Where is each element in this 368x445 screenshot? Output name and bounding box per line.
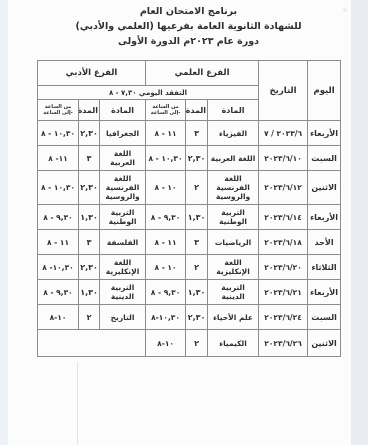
cell-lit-time: ١٠,٣٠- ٨ — [38, 255, 79, 280]
exam-schedule-table: اليوم التاريخ الفرع العلمي الفرع الأدبي … — [37, 60, 341, 357]
header-daily-check: التفقد اليومي ٧,٣٠ - ٨ — [38, 86, 259, 100]
cell-lit-duration: ٢,٣٠ — [79, 171, 100, 205]
cell-lit-duration: ١,٣٠ — [79, 280, 100, 305]
header-literary-branch: الفرع الأدبي — [38, 61, 146, 86]
cell-sci-time: ١١ - ٨ — [146, 121, 186, 146]
cell-lit-time: ١٠,٣٠ - ٨ — [38, 171, 79, 205]
cell-sci-time: ١٠-٨ — [146, 330, 186, 357]
cell-sci-time: ١١ - ٨ — [146, 230, 186, 255]
cell-sci-duration: ٢,٣٠ — [186, 305, 208, 330]
header-sci-time: من الساعة -إلى الساعة — [146, 100, 186, 121]
cell-sci-subject: اللغة الفرنسية والروسية — [208, 171, 259, 205]
cell-sci-time: ١٠,٣٠ - ٨ — [146, 146, 186, 171]
empty-literary-cell — [38, 330, 146, 357]
cell-sci-duration: ١,٣٠ — [186, 205, 208, 230]
cell-date: ٢٠٢٣/٦/١٤ — [259, 205, 308, 230]
document-title: برنامج الامتحان العام للشهادة الثانوية ا… — [37, 4, 340, 49]
cell-day: الاثنين — [308, 330, 341, 357]
table-row: الاثنين ٢٠٢٣/٦/٢٦ الكيمياء ٢ ١٠-٨ — [38, 330, 341, 357]
header-lit-subject: المادة — [100, 100, 146, 121]
cell-sci-duration: ٢ — [186, 255, 208, 280]
cell-sci-subject: علم الأحياء — [208, 305, 259, 330]
cell-lit-time: ١١- ٨ — [38, 146, 79, 171]
cell-day: السبت — [308, 146, 341, 171]
cell-lit-time: ١١ - ٨ — [38, 230, 79, 255]
cell-date: ٢٠٢٣/٦/٢١ — [259, 280, 308, 305]
cell-date: ٢٠٢٣/٦/١٨ — [259, 230, 308, 255]
scan-smudge: × — [342, 8, 348, 13]
cell-sci-time: ٩,٣٠ - ٨ — [146, 280, 186, 305]
cell-day: الأربعاء — [308, 121, 341, 146]
cell-sci-subject: الفيزياء — [208, 121, 259, 146]
title-line-3: دورة عام ٢٠٢٣م الدورة الأولى — [37, 34, 340, 49]
cell-sci-subject: اللغة الإنكليزية — [208, 255, 259, 280]
table-row: الأحد ٢٠٢٣/٦/١٨ الرياضيات ٣ ١١ - ٨ الفلس… — [38, 230, 341, 255]
cell-sci-subject: الكيمياء — [208, 330, 259, 357]
title-line-2: للشهادة الثانوية العامة بفرعيها (العلمي … — [37, 19, 340, 34]
cell-day: الأربعاء — [308, 280, 341, 305]
cell-lit-duration: ٣ — [79, 146, 100, 171]
cell-sci-duration: ٢ — [186, 330, 208, 357]
cell-day: الأربعاء — [308, 205, 341, 230]
header-lit-duration: المدة — [79, 100, 100, 121]
cell-lit-subject: التربية الدينية — [100, 280, 146, 305]
cell-date: ٢٠٢٣/٦/٢٦ — [259, 330, 308, 357]
cell-sci-duration: ٢ — [186, 171, 208, 205]
cell-sci-subject: اللغة العربية — [208, 146, 259, 171]
cell-lit-duration: ١,٣٠ — [79, 205, 100, 230]
cell-sci-time: ١٠,٣٠-٨ — [146, 305, 186, 330]
table-row: الأربعاء ٢٠٢٣/٦ / ٧ الفيزياء ٣ ١١ - ٨ ال… — [38, 121, 341, 146]
table-row: الأربعاء ٢٠٢٣/٦/١٤ التربية الوطنية ١,٣٠ … — [38, 205, 341, 230]
cell-lit-subject: التربية الوطنية — [100, 205, 146, 230]
cell-lit-time: ٩,٣٠ - ٨ — [38, 280, 79, 305]
cell-sci-duration: ٣ — [186, 121, 208, 146]
cell-day: الاثنين — [308, 171, 341, 205]
cell-date: ٢٠٢٣/٦/١٠ — [259, 146, 308, 171]
cell-lit-subject: الجغرافيا — [100, 121, 146, 146]
header-scientific-branch: الفرع العلمي — [146, 61, 259, 86]
table-row: السبت ٢٠٢٣/٦/١٠ اللغة العربية ٢,٣٠ ١٠,٣٠… — [38, 146, 341, 171]
page-left-edge — [0, 0, 8, 445]
cell-lit-time: ١٠,٣٠ - ٨ — [38, 121, 79, 146]
cell-sci-time: ١٠ - ٨ — [146, 171, 186, 205]
cell-sci-time: ٩,٣٠ - ٨ — [146, 205, 186, 230]
cell-lit-duration: ٢,٣٠ — [79, 121, 100, 146]
cell-sci-duration: ٣ — [186, 230, 208, 255]
cell-date: ٢٠٢٣/٦/٢٠ — [259, 255, 308, 280]
table-row: الثلاثاء ٢٠٢٣/٦/٢٠ اللغة الإنكليزية ٢ ١٠… — [38, 255, 341, 280]
cell-sci-subject: التربية الدينية — [208, 280, 259, 305]
cell-lit-duration: ٢,٣٠ — [79, 255, 100, 280]
cell-sci-time: ١٠ - ٨ — [146, 255, 186, 280]
cell-sci-duration: ١,٣٠ — [186, 280, 208, 305]
cell-day: السبت — [308, 305, 341, 330]
cell-sci-subject: الرياضيات — [208, 230, 259, 255]
table-row: الأربعاء ٢٠٢٣/٦/٢١ التربية الدينية ١,٣٠ … — [38, 280, 341, 305]
cell-sci-subject: التربية الوطنية — [208, 205, 259, 230]
cell-date: ٢٠٢٣/٦/١٢ — [259, 171, 308, 205]
cell-lit-time: ٩,٣٠ - ٨ — [38, 205, 79, 230]
table-row: السبت ٢٠٢٣/٦/٢٤ علم الأحياء ٢,٣٠ ١٠,٣٠-٨… — [38, 305, 341, 330]
cell-lit-time: ١٠-٨ — [38, 305, 79, 330]
scanned-exam-schedule-page: × برنامج الامتحان العام للشهادة الثانوية… — [0, 0, 368, 445]
scan-fold-line — [77, 362, 78, 445]
cell-lit-subject: اللغة العربية — [100, 146, 146, 171]
header-day: اليوم — [308, 61, 341, 121]
cell-date: ٢٠٢٣/٦ / ٧ — [259, 121, 308, 146]
cell-lit-subject: التاريخ — [100, 305, 146, 330]
header-sci-duration: المدة — [186, 100, 208, 121]
title-line-1: برنامج الامتحان العام — [37, 4, 340, 19]
cell-sci-duration: ٢,٣٠ — [186, 146, 208, 171]
header-lit-time: من الساعة -إلى الساعة — [38, 100, 79, 121]
cell-day: الثلاثاء — [308, 255, 341, 280]
cell-date: ٢٠٢٣/٦/٢٤ — [259, 305, 308, 330]
cell-lit-duration: ٢ — [79, 305, 100, 330]
cell-lit-subject: الفلسفة — [100, 230, 146, 255]
header-sci-subject: المادة — [208, 100, 259, 121]
table-row: الاثنين ٢٠٢٣/٦/١٢ اللغة الفرنسية والروسي… — [38, 171, 341, 205]
page-right-edge — [351, 0, 368, 445]
cell-lit-subject: اللغة الفرنسية والروسية — [100, 171, 146, 205]
header-date: التاريخ — [259, 61, 308, 121]
cell-day: الأحد — [308, 230, 341, 255]
cell-lit-subject: اللغة الإنكليزية — [100, 255, 146, 280]
cell-lit-duration: ٣ — [79, 230, 100, 255]
